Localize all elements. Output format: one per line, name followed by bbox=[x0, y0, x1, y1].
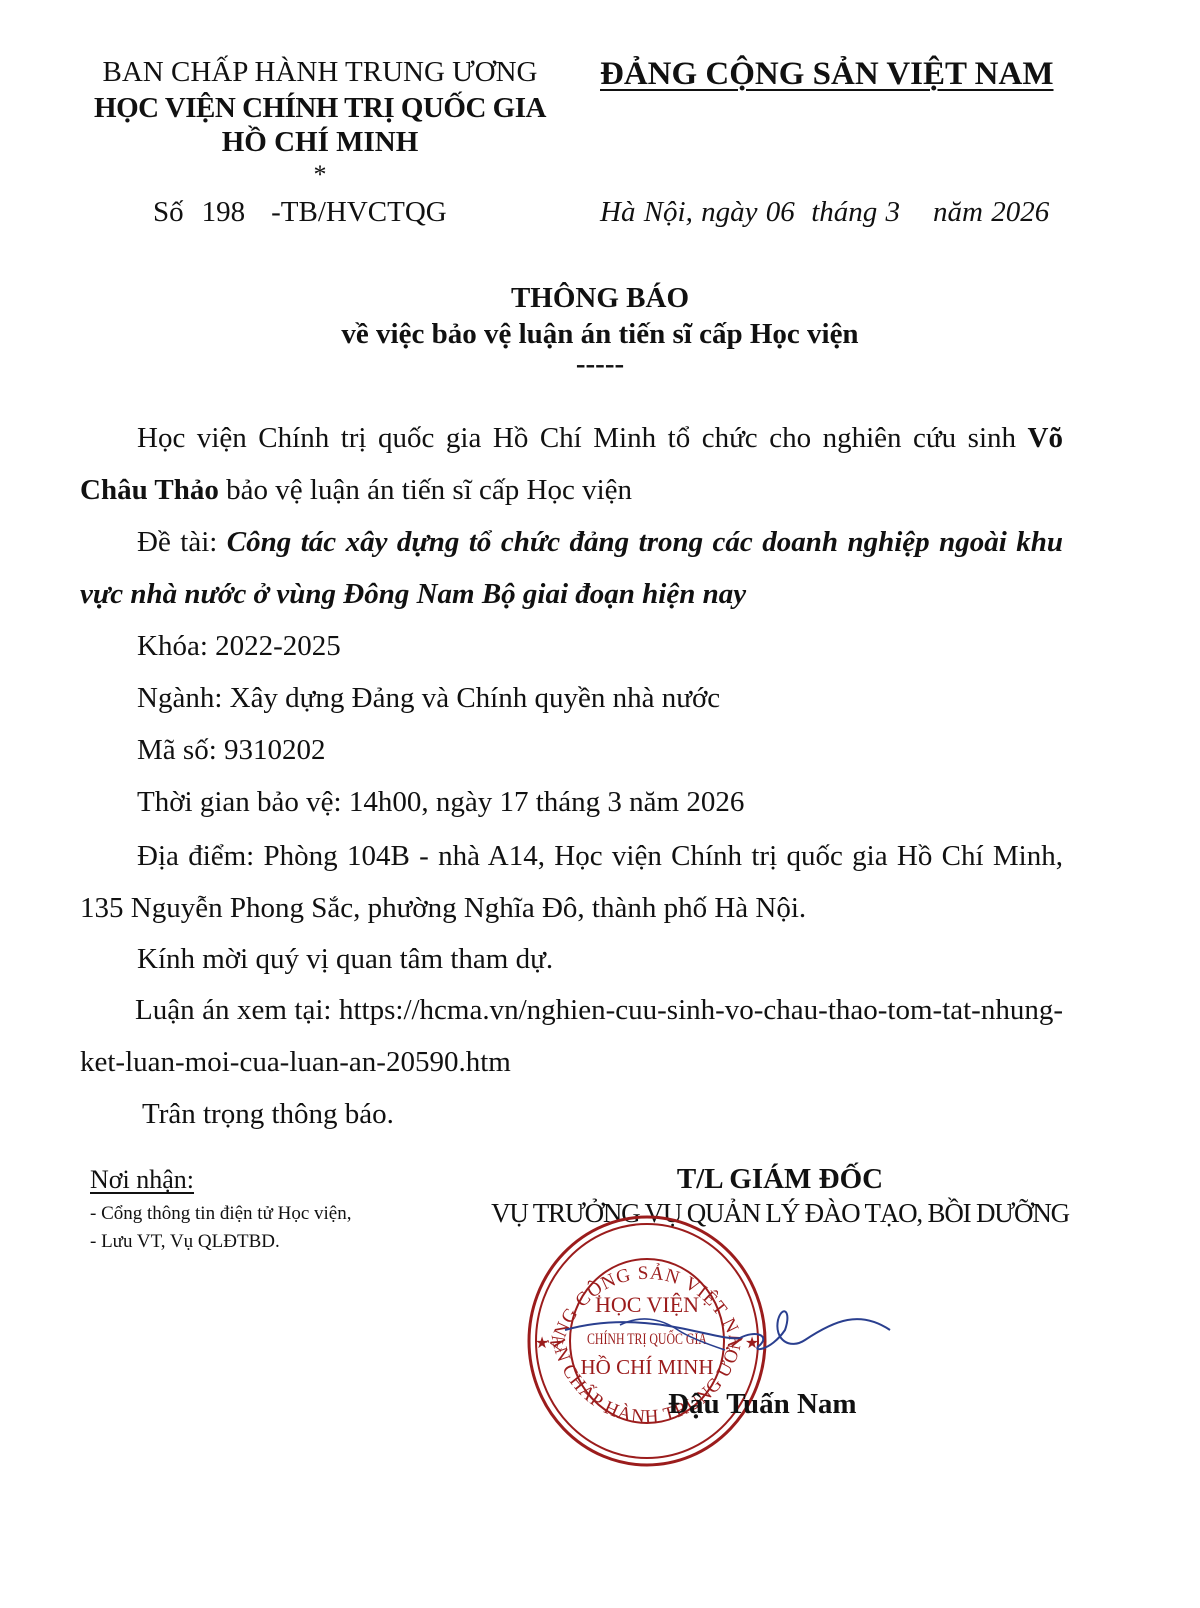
location-line2: 135 Nguyễn Phong Sắc, phường Nghĩa Đô, t… bbox=[80, 892, 1100, 925]
course: Khóa: 2022-2025 bbox=[137, 630, 1157, 663]
title-divider: ----- bbox=[0, 348, 1200, 381]
defense-time: Thời gian bảo vệ: 14h00, ngày 17 tháng 3… bbox=[137, 786, 1157, 819]
candidate-name-first: Võ bbox=[1028, 422, 1063, 454]
intro-text-cont: bảo vệ luận án tiến sĩ cấp Học viện bbox=[219, 474, 632, 506]
thesis-url[interactable]: https://hcma.vn/nghien-cuu-sinh-vo-chau-… bbox=[339, 994, 1063, 1026]
intro-line1: Học viện Chính trị quốc gia Hồ Chí Minh … bbox=[137, 422, 1063, 455]
location-line1: Địa điểm: Phòng 104B - nhà A14, Học viện… bbox=[137, 840, 1063, 873]
signature-title: T/L GIÁM ĐỐC bbox=[460, 1163, 1100, 1196]
recipients-title: Nơi nhận: bbox=[90, 1165, 194, 1195]
thesis-topic: Công tác xây dựng tổ chức đảng trong các… bbox=[227, 526, 1063, 558]
svg-text:★: ★ bbox=[535, 1335, 549, 1352]
topic-line1: Đề tài: Công tác xây dựng tổ chức đảng t… bbox=[137, 526, 1063, 559]
closing: Trân trọng thông báo. bbox=[142, 1098, 1162, 1131]
document-number: Số198-TB/HVCTQG bbox=[153, 196, 447, 229]
doc-number-prefix: Số bbox=[153, 196, 184, 228]
signer-name: Đậu Tuấn Nam bbox=[668, 1388, 857, 1421]
major-code: Mã số: 9310202 bbox=[137, 734, 1157, 767]
recipient-item: - Lưu VT, Vụ QLĐTBD. bbox=[90, 1231, 280, 1253]
recipient-item: - Cổng thông tin điện tử Học viện, bbox=[90, 1203, 352, 1225]
candidate-name-rest: Châu Thảo bbox=[80, 474, 219, 506]
intro-line2: Châu Thảo bảo vệ luận án tiến sĩ cấp Học… bbox=[80, 474, 1100, 507]
place-date: Hà Nội, ngày 06 tháng 3 năm 2026 bbox=[600, 196, 1049, 229]
issuing-authority-parent: BAN CHẤP HÀNH TRUNG ƯƠNG bbox=[60, 56, 580, 89]
doc-number-value: 198 bbox=[202, 196, 246, 228]
issuing-authority-line2: HỒ CHÍ MINH bbox=[60, 126, 580, 159]
document-title: THÔNG BÁO bbox=[0, 282, 1200, 315]
location-text: Địa điểm: Phòng 104B - nhà A14, Học viện… bbox=[137, 840, 1063, 873]
topic-label: Đề tài: bbox=[137, 526, 227, 558]
handwritten-signature-icon bbox=[560, 1290, 900, 1370]
header-star: * bbox=[60, 160, 580, 190]
thesis-link-label: Luận án xem tại: bbox=[135, 994, 339, 1026]
invitation: Kính mời quý vị quan tâm tham dự. bbox=[137, 943, 1157, 976]
party-heading: ĐẢNG CỘNG SẢN VIỆT NAM bbox=[600, 56, 1040, 93]
thesis-url-cont[interactable]: ket-luan-moi-cua-luan-an-20590.htm bbox=[80, 1046, 1100, 1079]
issuing-authority: HỌC VIỆN CHÍNH TRỊ QUỐC GIA bbox=[60, 92, 580, 125]
thesis-link-line1: Luận án xem tại: https://hcma.vn/nghien-… bbox=[135, 994, 1063, 1027]
document-subtitle: về việc bảo vệ luận án tiến sĩ cấp Học v… bbox=[0, 318, 1200, 351]
intro-text: Học viện Chính trị quốc gia Hồ Chí Minh … bbox=[137, 422, 1028, 454]
thesis-topic-cont: vực nhà nước ở vùng Đông Nam Bộ giai đoạ… bbox=[80, 578, 1100, 611]
major: Ngành: Xây dựng Đảng và Chính quyền nhà … bbox=[137, 682, 1157, 715]
doc-number-suffix: -TB/HVCTQG bbox=[271, 196, 447, 228]
